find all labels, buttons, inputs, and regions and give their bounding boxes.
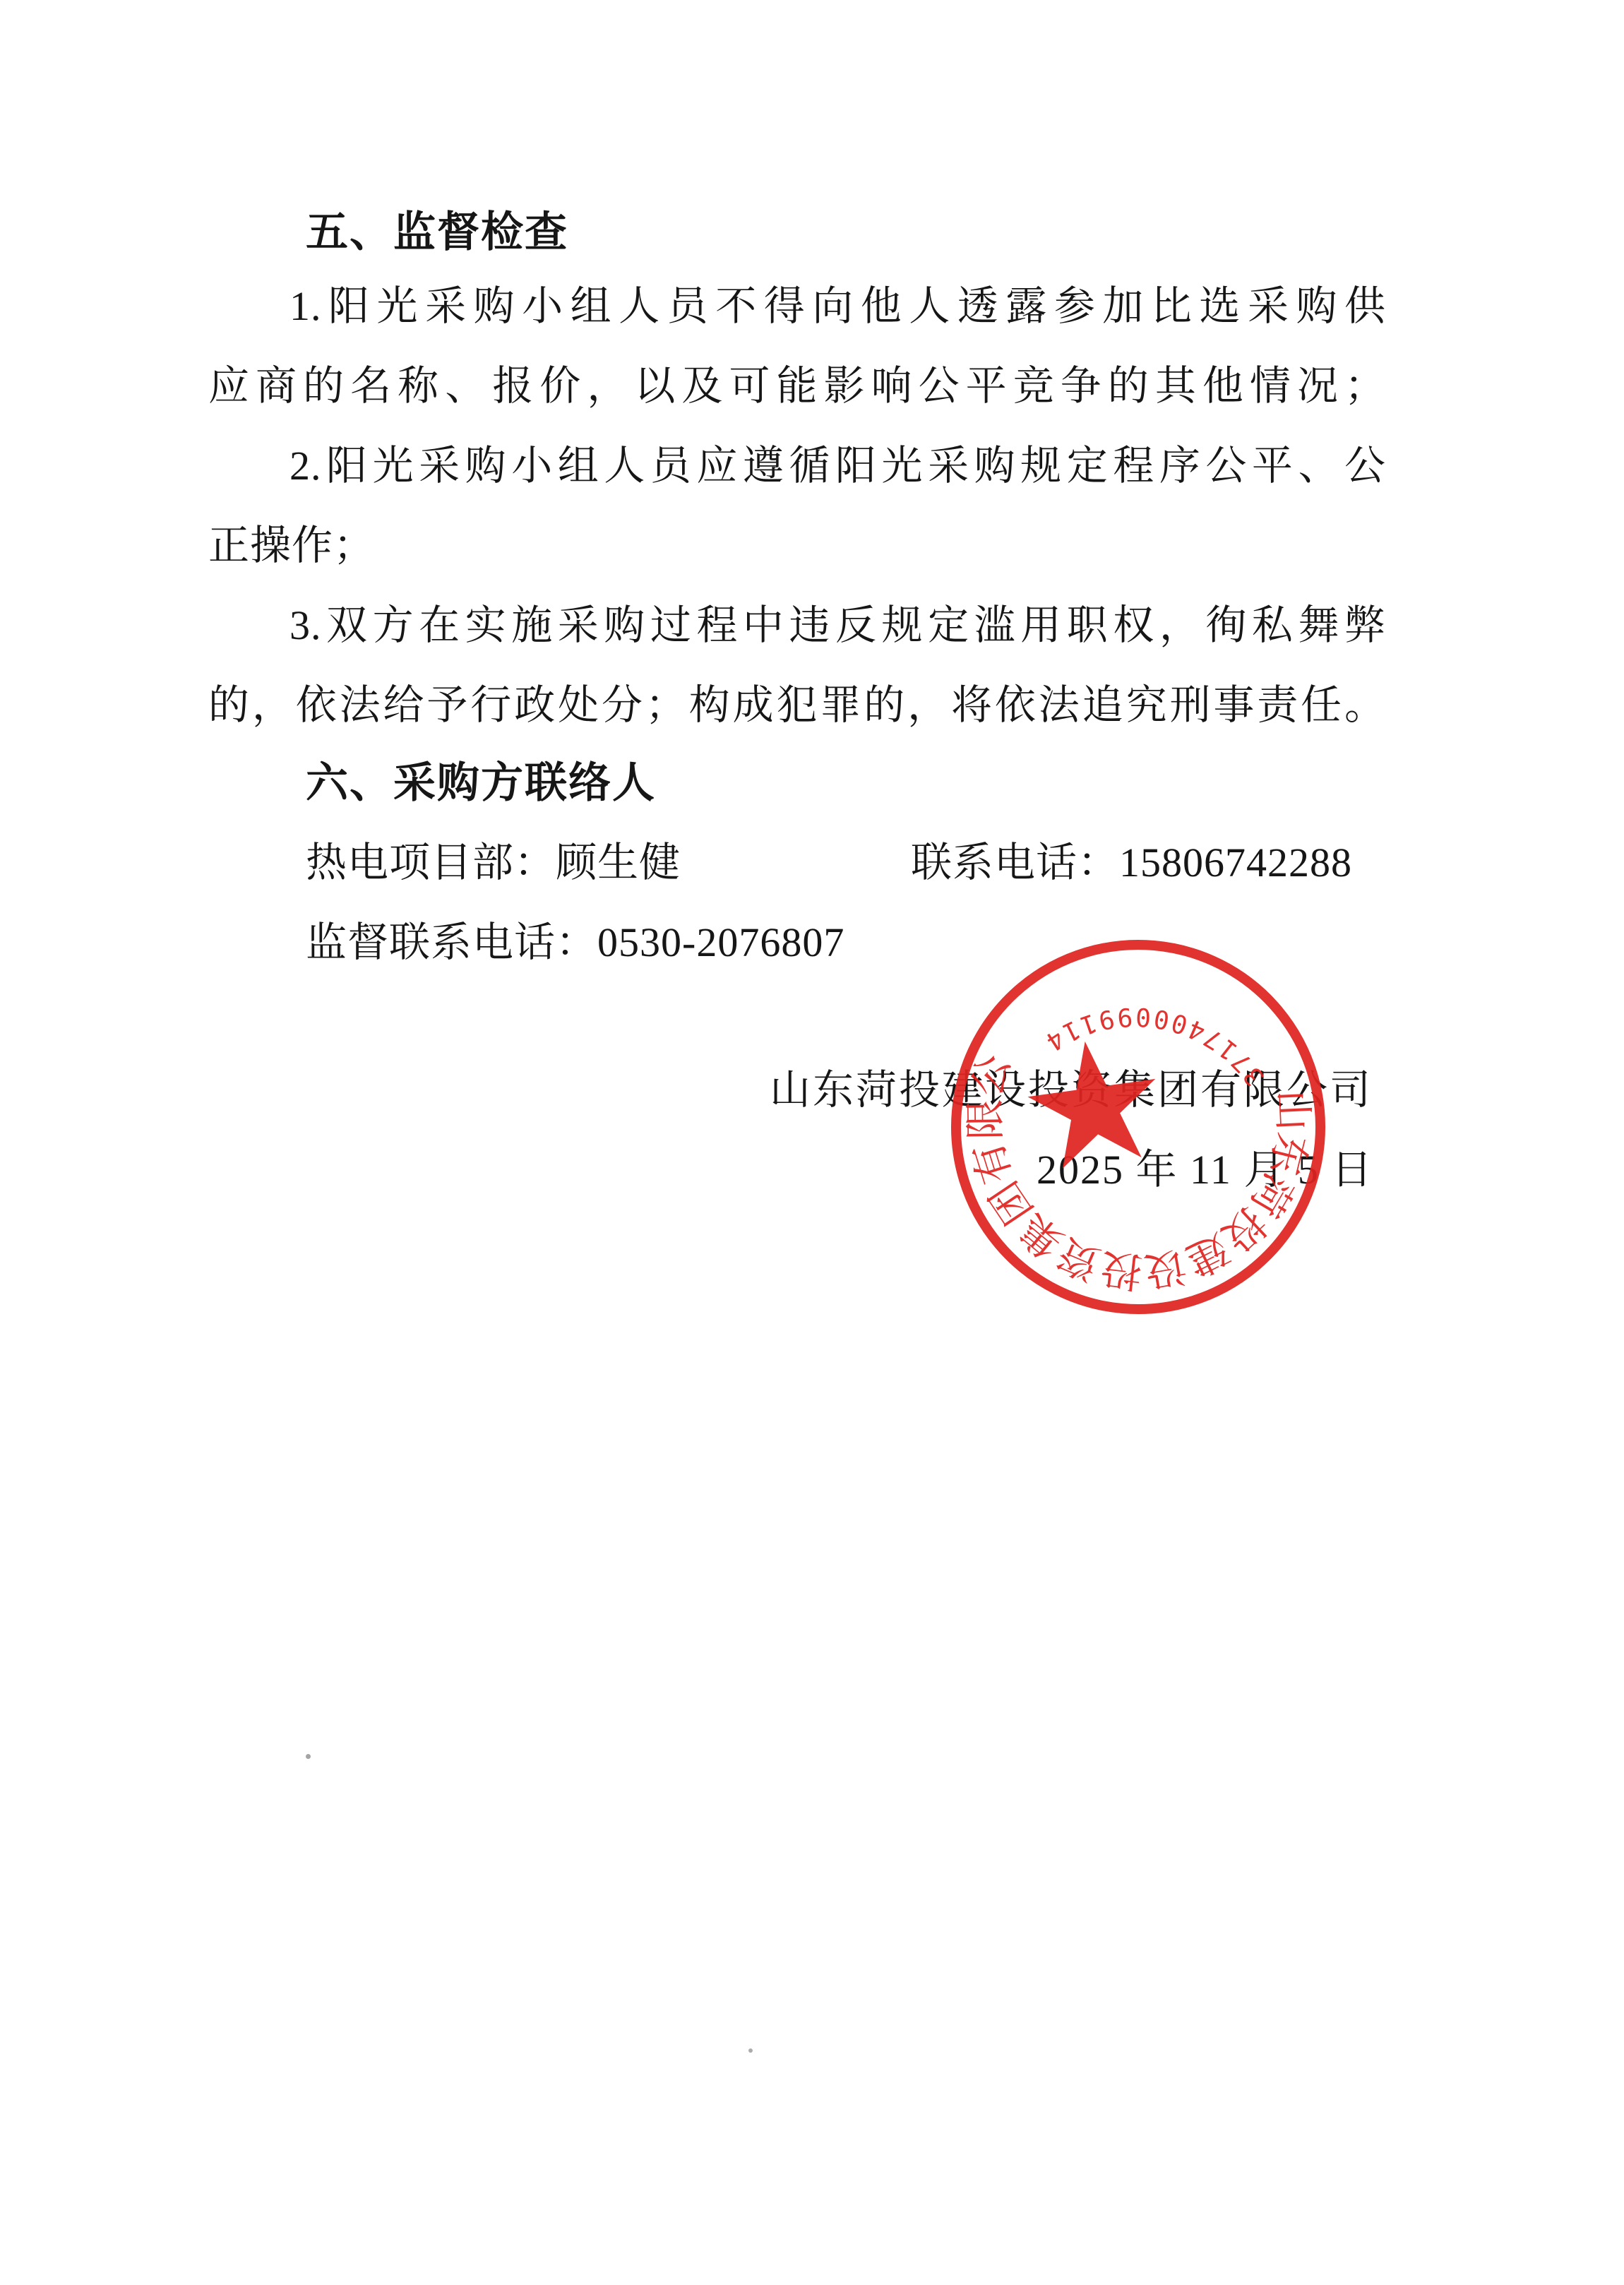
contact-department-person: 热电项目部：顾生健: [306, 840, 681, 885]
scan-speck: [748, 2048, 753, 2053]
star-icon: [1021, 1032, 1166, 1171]
paragraph-2-line-1: 2.阳光采购小组人员应遵循阳光采购规定程序公平、公: [289, 443, 1386, 489]
document-page: 山东菏投建设投资集团有限公司 3717400099114 五、监督检查 1.阳光…: [0, 0, 1624, 2285]
paragraph-3-line-2: 的，依法给予行政处分；构成犯罪的，将依法追究刑事责任。: [208, 683, 1386, 728]
seal-arc-company-text: 山东菏投建设投资集团有限公司: [939, 1049, 1353, 1342]
scan-speck: [306, 1754, 311, 1759]
paragraph-3-line-1: 3.双方在实施采购过程中违反规定滥用职权，徇私舞弊: [289, 603, 1386, 648]
contact-phone: 联系电话：15806742288: [911, 840, 1352, 885]
paragraph-1-line-2: 应商的名称、报价，以及可能影响公平竞争的其他情况；: [208, 364, 1386, 409]
paragraph-2-line-2: 正操作；: [208, 523, 375, 568]
supervision-phone: 监督联系电话：0530-2076807: [306, 920, 844, 965]
section-heading-contact: 六、采购方联络人: [306, 760, 656, 806]
seal-serial-number: 3717400099114: [1034, 993, 1275, 1093]
section-heading-supervision: 五、监督检查: [306, 209, 568, 256]
paragraph-1-line-1: 1.阳光采购小组人员不得向他人透露参加比选采购供: [289, 284, 1386, 329]
official-seal: 山东菏投建设投资集团有限公司 3717400099114: [924, 912, 1353, 1342]
seal-graphic: 山东菏投建设投资集团有限公司 3717400099114: [924, 912, 1353, 1342]
